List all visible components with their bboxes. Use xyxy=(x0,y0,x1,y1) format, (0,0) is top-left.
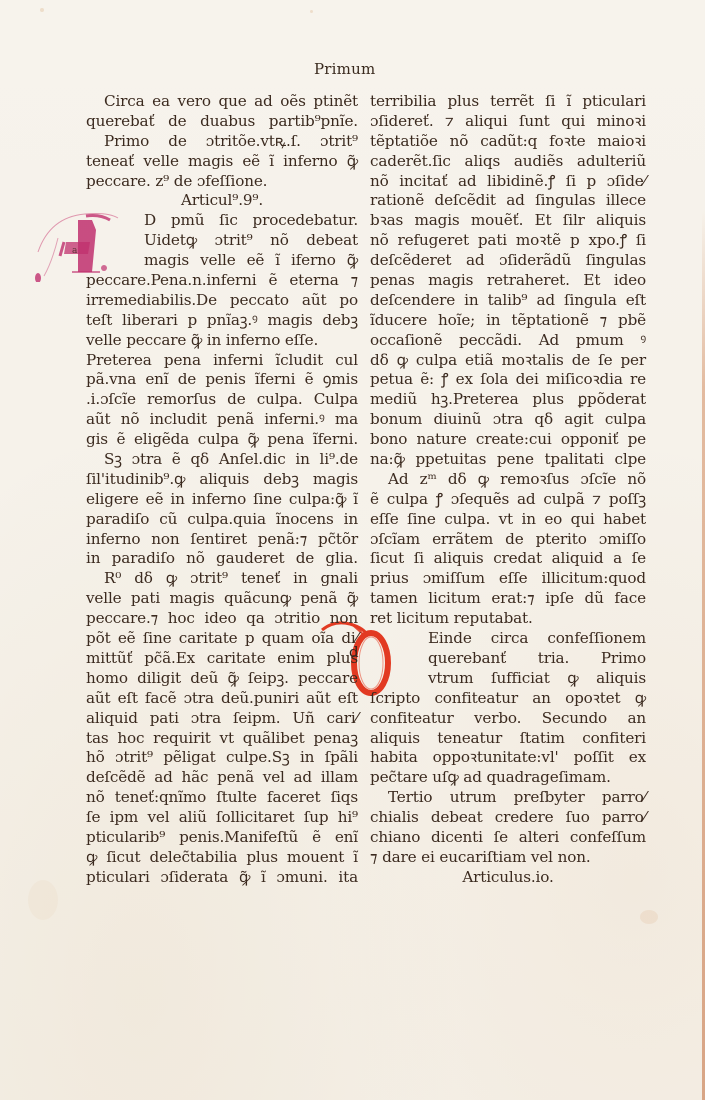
text-line: ſil'itudinib⁹.ꝙ aliquis debꝫ magis xyxy=(86,470,358,490)
text-line: Ad zᵐ dδ ꝙ remoꝛſus ɔſcĩe nõ xyxy=(370,470,646,490)
text-line: ĩducere hoĩe; in tẽptationẽ ⁊ pbẽ xyxy=(370,311,646,331)
text-line: velle pati magis quãcunꝙ penã ꝙ̃ xyxy=(86,589,358,609)
article-heading: Articul⁹.9⁹. xyxy=(86,191,358,211)
text-line: Circa ea vero que ad oẽs ptinẽt xyxy=(86,92,358,112)
text-line: Preterea pena inferni ĩcludit cul xyxy=(86,351,358,371)
text-line: R⁰ dδ ꝙ ɔtrit⁹ teneť in gnali xyxy=(86,569,358,589)
text-line: confiteatur verbo. Secundo an xyxy=(370,709,646,729)
article-heading: Articulus.io. xyxy=(370,868,646,888)
foxing-spot xyxy=(28,880,58,920)
text-line: chialis debeat credere ſuo parro⁄ xyxy=(370,808,646,828)
foxing-spot xyxy=(40,8,44,12)
text-line: mittũť pc̃ã.Ex caritate enim plus xyxy=(86,649,358,669)
text-line: bonum diuinũ ɔtra qδ agit culpa xyxy=(370,410,646,430)
text-line: aliquid pati ɔtra ſeipm. Uñ cari⁄ xyxy=(86,709,358,729)
text-line: ſe ipm vel aliũ ſollicitaret ſup hi⁹ xyxy=(86,808,358,828)
text-line: ſicut ſi aliquis credat aliquid a ſe xyxy=(370,549,646,569)
text-line: vtrum ſufficiat ꝙ aliquis xyxy=(370,669,646,689)
text-line: D pmũ ſic procedebatur. xyxy=(86,211,358,231)
text-line: ⁊ dare ei eucariſtiam vel non. xyxy=(370,848,646,868)
text-line: prius ɔmiſſum eſſe illicitum:quod xyxy=(370,569,646,589)
text-line: pticularib⁹ penis.Manifeſtũ ẽ enĩ xyxy=(86,828,358,848)
text-line: pã.vna enĩ de penis ĩferni ẽ ꝯmis xyxy=(86,370,358,390)
text-line: ſcripto confiteatur an opoꝛtet ꝙ xyxy=(370,689,646,709)
text-line: eligere eẽ in inferno ſine culpa:ꝙ̃ ĩ xyxy=(86,490,358,510)
foxing-spot xyxy=(640,910,658,924)
text-line: peccare.⁊ hoc ideo qa ɔtritio non xyxy=(86,609,358,629)
text-line: caderẽt.ſic aliqs audiẽs adulteriũ xyxy=(370,152,646,172)
text-line: ret licitum reputabat. xyxy=(370,609,646,629)
text-line: põt eẽ ſine caritate p quam oĩa di⁄ xyxy=(86,629,358,649)
text-line: habita oppoꝛtunitate:vl' poſſit ex xyxy=(370,748,646,768)
text-line: nõ incitať ad libidinẽ.ꝭ ſi p ɔſide⁄ xyxy=(370,172,646,192)
text-line: teneať velle magis eẽ ĩ inferno ꝙ̃ xyxy=(86,152,358,172)
text-line: pec̃tare uſꝙ ad quadrageſimam. xyxy=(370,768,646,788)
text-line: aliquis teneatur ſtatim confiteri xyxy=(370,729,646,749)
svg-text:a: a xyxy=(72,246,78,256)
text-line: nõ teneť:qnĩmo ſtulte faceret ſiqs xyxy=(86,788,358,808)
text-line: na:ꝙ̃ ppetuitas pene tpalitati clpe xyxy=(370,450,646,470)
text-line: querebanť tria. Primo xyxy=(370,649,646,669)
text-column-right: terribilia plus terrẽt ſi ĩ pticulari ɔſ… xyxy=(370,92,646,888)
text-line: bꝛas magis mouẽť. Et ſilr aliquis xyxy=(370,211,646,231)
text-line: tẽptatiõe nõ cadũt:q foꝛte maioꝛi xyxy=(370,132,646,152)
text-line: querebať de duabus partib⁹pnĩe. xyxy=(86,112,358,132)
text-line: Tertio utrum preſbyter parro⁄ xyxy=(370,788,646,808)
text-line: hõ ɔtrit⁹ pẽligat culpe.Sꝫ in ſpãli xyxy=(86,748,358,768)
text-line: Einde circa confeſſionem xyxy=(370,629,646,649)
text-line: Uidetꝙ ɔtrit⁹ nõ debeat xyxy=(86,231,358,251)
text-column-left: Circa ea vero que ad oẽs ptinẽt querebať… xyxy=(86,92,358,888)
text-line: ɔſidereť. ⁊ aliqui ſunt qui minoꝛi xyxy=(370,112,646,132)
paper-leaf: Primum a d Circa ea vero que ad oẽs ptin… xyxy=(0,0,705,1100)
text-line: ꝙ ſicut delec̃tabilia plus mouent ĩ xyxy=(86,848,358,868)
text-line: ɔſcĩam errãtem de pterito ɔmiſſo xyxy=(370,530,646,550)
text-line: penas magis retraheret. Et ideo xyxy=(370,271,646,291)
text-line: Primo de ɔtritõe.vtꝶ.ſ. ɔtrit⁹ xyxy=(86,132,358,152)
text-line: irremediabilis.De peccato aũt po xyxy=(86,291,358,311)
text-line: dδ ꝙ culpa etiã moꝛtalis de ſe per xyxy=(370,351,646,371)
text-line: .i.ɔſcĩe remorſus de culpa. Culpa xyxy=(86,390,358,410)
text-line: deſcẽderet ad ɔſiderãdũ ſingulas xyxy=(370,251,646,271)
text-line: terribilia plus terrẽt ſi ĩ pticulari xyxy=(370,92,646,112)
text-line: nõ refugeret pati moꝛtẽ p xpo.ꝭ ſi xyxy=(370,231,646,251)
text-line: deſcẽdẽ ad hãc penã vel ad illam xyxy=(86,768,358,788)
text-line: paradiſo cũ culpa.quia ĩnocens in xyxy=(86,510,358,530)
text-line: tas hoc requirit vt quãlibet penaꝫ xyxy=(86,729,358,749)
running-head: Primum xyxy=(314,60,375,78)
text-line: magis velle eẽ ĩ iferno ꝙ̃ xyxy=(86,251,358,271)
text-line: pticulari ɔſiderata ꝙ̃ ĩ ɔmuni. ita xyxy=(86,868,358,888)
text-line: chiano dicenti ſe alteri confeſſum xyxy=(370,828,646,848)
foxing-spot xyxy=(310,10,313,13)
text-line: occaſionẽ peccãdi. Ad pmum ꝰ xyxy=(370,331,646,351)
text-line: homo diligit deũ ꝙ̃ ſeipꝫ. peccare xyxy=(86,669,358,689)
text-line: tamen licitum erat:⁊ ipſe dũ face xyxy=(370,589,646,609)
text-line: Sꝫ ɔtra ẽ qδ Anſel.dic in li⁹.de xyxy=(86,450,358,470)
text-line: eſſe ſine culpa. vt in eo qui habet xyxy=(370,510,646,530)
text-line: peccare. z⁹ de ɔfeſſione. xyxy=(86,172,358,192)
text-line: peccare.Pena.n.inferni ẽ eterna ⁊ xyxy=(86,271,358,291)
text-line: ẽ culpa ꝭ ɔſequẽs ad culpã ⁊ poſſꝫ xyxy=(370,490,646,510)
text-line: rationẽ deſcẽdit ad ſingulas illece xyxy=(370,191,646,211)
text-line: velle peccare ꝙ̃ in inferno eſſe. xyxy=(86,331,358,351)
text-line: petua ẽ: ꝭ ex ſola dei miſicoꝛdia re xyxy=(370,370,646,390)
text-line: gis ẽ eligẽda culpa ꝙ̃ pena ĩferni. xyxy=(86,430,358,450)
text-line: bono nature create:cui opponiť pe xyxy=(370,430,646,450)
text-line: aũt nõ includit penã inferni.ꝰ ma xyxy=(86,410,358,430)
text-line: deſcendere in talib⁹ ad ſingula eſt xyxy=(370,291,646,311)
text-line: inferno non ſentiret penã:⁊ pc̃tõr xyxy=(86,530,358,550)
text-line: mediũ hꝫ.Preterea plus ꝑpõderat xyxy=(370,390,646,410)
text-line: teſt liberari p pnĩaꝫ.ꝰ magis debꝫ xyxy=(86,311,358,331)
text-line: aũt eſt facẽ ɔtra deũ.puniri aũt eſt xyxy=(86,689,358,709)
text-line: in paradiſo nõ gauderet de glia. xyxy=(86,549,358,569)
